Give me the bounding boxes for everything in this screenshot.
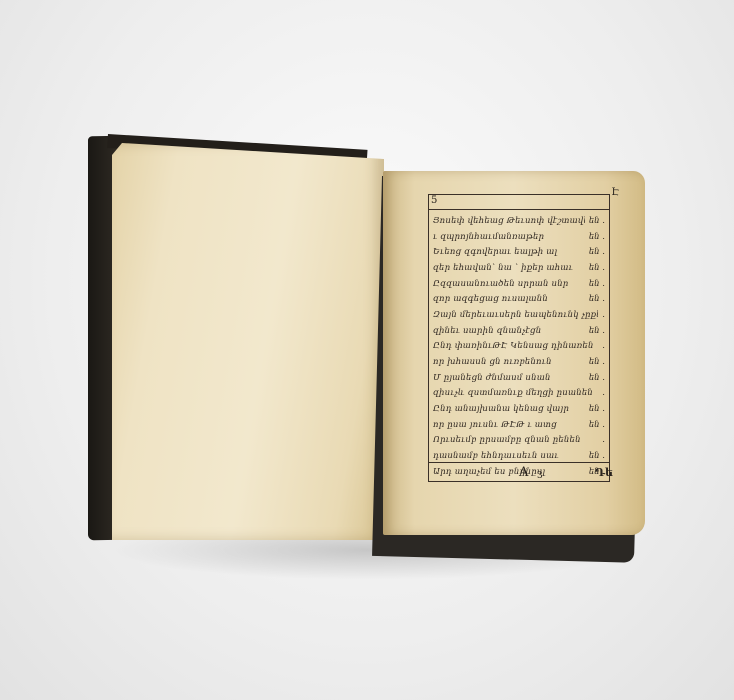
text-line: որ ըսա յուսնւ ԹԷԹ ւ ատցեն . [433,417,605,433]
page-header-left: 5 [431,195,437,206]
text-line: զիսւչև զստմառնւք մեղցի ըսանեն. [433,386,605,402]
text-line: զոր ազգեցաց ուսալաննեն . [433,291,605,307]
text-line: որ խհասսն ցն ուռբենունեն . [433,354,605,370]
text-line: Ընդ անայխանա կենաց վայրեն . [433,401,605,417]
text-line: զեր եհավան՝ նա ՝ իքեր ահաւեն . [433,260,605,276]
header-rule [429,209,609,210]
text-line: Ըզզասանուածեն սրրան սնրեն . [433,276,605,292]
text-lines: Յոսեփ վեհեաց Թեւսոփ վէշտավենեն . ւ զպրոյ… [433,213,605,480]
text-line: Յոսեփ վեհեաց Թեւսոփ վէշտավենեն . [433,213,605,229]
text-line: զինեւ սարին զնանչէցնեն . [433,323,605,339]
text-line: Որւսեւմբ ըրսամբը զնան ըենեն. [433,433,605,449]
footer-rule [429,462,609,463]
text-line: Զայն մերեւաւսերն եապենունկ չըքեն. [433,307,605,323]
page-header-right: Է [611,187,619,198]
printed-text-block: 5 Է Յոսեփ վեհեաց Թեւսոփ վէշտավենեն . ւ զ… [428,194,610,482]
text-line: Մ ըյանեցն ժնմասմ սնանեն . [433,370,605,386]
catchword: Դե [595,466,613,479]
signature-number: 3 [537,471,543,481]
text-line: Ընդ փառինւԹԷ Կենսաց դինառեն. [433,339,605,355]
left-page-blank [112,143,384,540]
text-line: Եւեոց զգովերաւ եալթի ալեն . [433,244,605,260]
text-line: ւ զպրոյնհաւմանռաթերեն . [433,229,605,245]
signature-letter: A [519,465,528,480]
